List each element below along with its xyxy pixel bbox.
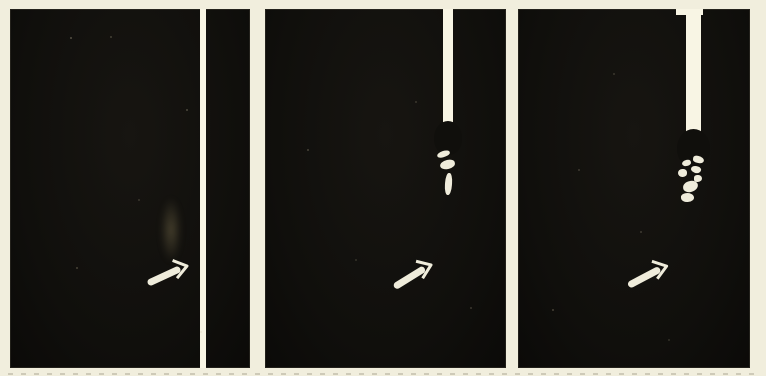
door-gap-light bbox=[443, 9, 453, 135]
photo-frame-3 bbox=[518, 9, 750, 368]
scan-speckles bbox=[518, 9, 520, 11]
light-smudge bbox=[160, 197, 182, 263]
face-nose-highlight bbox=[444, 173, 453, 195]
face-eye-highlight bbox=[439, 159, 456, 171]
photo-frame-1 bbox=[10, 9, 250, 368]
arrow-icon bbox=[389, 256, 440, 292]
face-nose-highlight bbox=[690, 165, 702, 175]
arrow-icon bbox=[146, 258, 194, 288]
scan-speckles bbox=[265, 9, 267, 11]
door-slit-light bbox=[200, 9, 206, 368]
scanned-page bbox=[0, 0, 766, 376]
face-mouth-highlight bbox=[681, 192, 695, 202]
scan-speckles bbox=[10, 9, 12, 11]
door-gap-light bbox=[686, 9, 701, 143]
scan-artifact-dashes bbox=[8, 373, 758, 375]
face-eye-left-highlight bbox=[678, 169, 687, 177]
arrow-icon bbox=[625, 258, 675, 290]
face-cheek-highlight bbox=[682, 180, 698, 193]
photo-frame-2 bbox=[265, 9, 506, 368]
